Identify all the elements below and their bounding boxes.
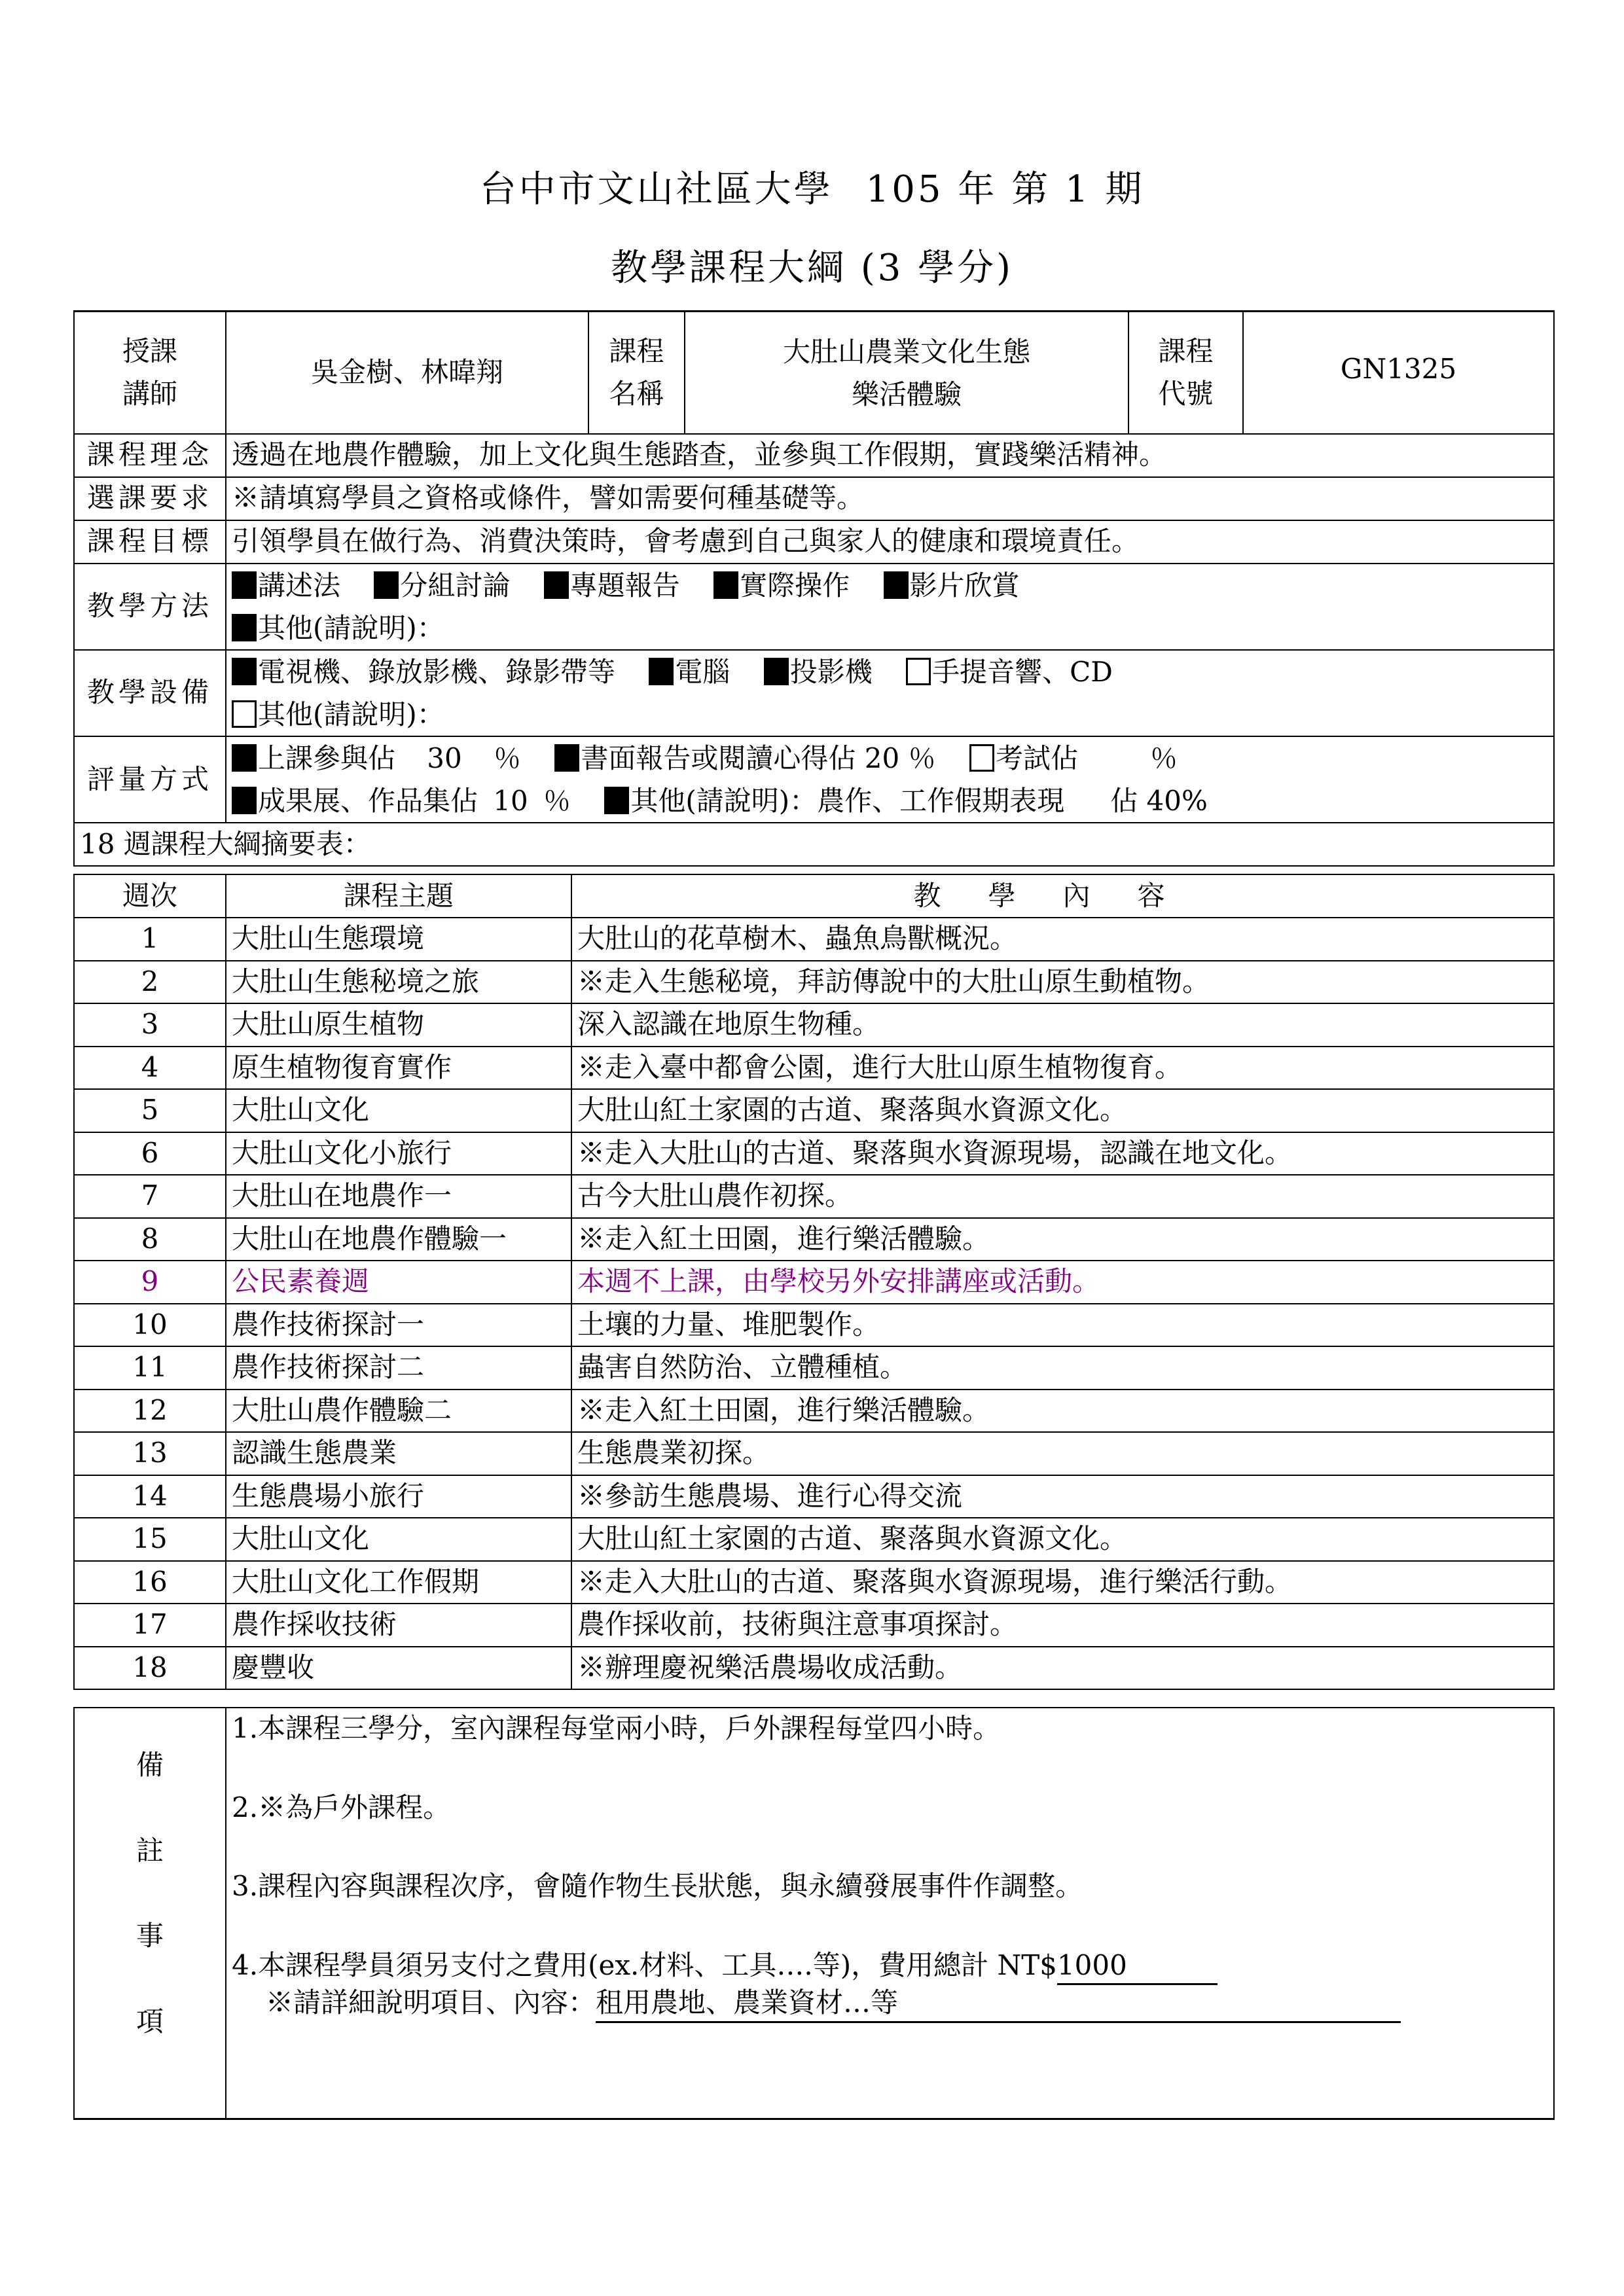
week-number: 12 <box>74 1390 226 1433</box>
week-number: 13 <box>74 1432 226 1475</box>
option-label: 其他(請說明)： <box>258 612 444 644</box>
table-row: 4原生植物復育實作※走入臺中都會公園，進行大肚山原生植物復育。 <box>74 1047 1554 1090</box>
weekly-syllabus-table: 週次 課程主題 教學內容 1大肚山生態環境大肚山的花草樹木、蟲魚鳥獸概況。 2大… <box>73 874 1555 1690</box>
week-topic: 農作技術探討一 <box>226 1304 571 1347</box>
course-name-label: 課程 名稱 <box>588 312 685 434</box>
label-line: 名稱 <box>594 372 679 415</box>
week-content: 生態農業初探。 <box>571 1432 1554 1475</box>
week-content: ※走入生態秘境，拜訪傳說中的大肚山原生動植物。 <box>571 961 1554 1004</box>
week-content: 大肚山的花草樹木、蟲魚鳥獸概況。 <box>571 918 1554 961</box>
label-line: 課程 <box>1134 330 1237 372</box>
course-name-line: 大肚山農業文化生態 <box>691 331 1123 373</box>
assessment-options: 上課參與佔30％ 書面報告或閱讀心得佔 20 ％ 考試佔％ 成果展、作品集佔10… <box>226 736 1554 823</box>
option-label: 成果展、作品集佔 <box>258 785 478 817</box>
week-content: 土壤的力量、堆肥製作。 <box>571 1304 1554 1347</box>
week-topic: 大肚山文化小旅行 <box>226 1132 571 1175</box>
course-header-row: 授課 講師 吳金樹、林暐翔 課程 名稱 大肚山農業文化生態 樂活體驗 課程 代號… <box>74 312 1554 434</box>
fee-detail-prefix: ※請詳細說明項目、內容： <box>266 1986 596 2018</box>
week-content: ※走入紅土田園，進行樂活體驗。 <box>571 1218 1554 1261</box>
course-name-line: 樂活體驗 <box>691 373 1123 416</box>
week-topic: 農作採收技術 <box>226 1604 571 1647</box>
option-label: 其他(請說明)：農作、工作假期表現 <box>630 785 1064 817</box>
instructor-label: 授課 講師 <box>74 312 226 434</box>
equipment-projector[interactable]: 投影機 <box>764 656 873 688</box>
school-name: 台中市文山社區大學 <box>480 168 833 211</box>
notes-label-char: 事 <box>80 1918 220 1954</box>
option-label: 其他(請說明)： <box>258 698 444 730</box>
course-code-label: 課程 代號 <box>1128 312 1243 434</box>
week-topic: 大肚山生態秘境之旅 <box>226 961 571 1004</box>
table-row: 10農作技術探討一土壤的力量、堆肥製作。 <box>74 1304 1554 1347</box>
week-topic: 大肚山生態環境 <box>226 918 571 961</box>
notes-row: 備 註 事 項 1.本課程三學分，室內課程每堂兩小時，戶外課程每堂四小時。 2.… <box>74 1708 1554 2119</box>
option-label: 考試佔 <box>996 742 1078 774</box>
document-subtitle: 教學課程大綱 (3 學分) <box>0 250 1624 287</box>
header-content: 教學內容 <box>571 874 1554 918</box>
table-row-highlighted: 9公民素養週本週不上課，由學校另外安排講座或活動。 <box>74 1261 1554 1304</box>
teaching-methods-label: 教學方法 <box>74 564 226 650</box>
option-label: 專題報告 <box>570 569 680 601</box>
percent-value[interactable]: 20 <box>865 742 899 774</box>
week-topic: 原生植物復育實作 <box>226 1047 571 1090</box>
checkbox-unchecked-icon[interactable] <box>232 700 257 728</box>
checkbox-checked-icon[interactable] <box>764 658 789 685</box>
checkbox-checked-icon[interactable] <box>649 658 674 685</box>
option-label: 手提音響、CD <box>932 656 1113 688</box>
equipment-row: 教學設備 電視機、錄放影機、錄影帶等 電腦 投影機 手提音響、CD 其他(請說明… <box>74 650 1554 736</box>
checkbox-checked-icon[interactable] <box>232 787 257 814</box>
table-row: 6大肚山文化小旅行※走入大肚山的古道、聚落與水資源現場，認識在地文化。 <box>74 1132 1554 1175</box>
fee-prefix: 4.本課程學員須另支付之費用(ex.材料、工具….等)，費用總計 NT$ <box>232 1949 1057 1981</box>
week-number: 14 <box>74 1475 226 1518</box>
assessment-label: 評量方式 <box>74 736 226 823</box>
option-label: 書面報告或閱讀心得佔 <box>581 742 856 774</box>
equipment-stereo-cd[interactable]: 手提音響、CD <box>906 656 1113 688</box>
academic-year: 105 年 <box>866 168 998 211</box>
checkbox-unchecked-icon[interactable] <box>906 658 931 685</box>
assessment-portfolio[interactable]: 成果展、作品集佔10％ <box>232 785 571 817</box>
syllabus-form: 授課 講師 吳金樹、林暐翔 課程 名稱 大肚山農業文化生態 樂活體驗 課程 代號… <box>73 310 1555 867</box>
notes-label-char: 項 <box>80 2004 220 2040</box>
week-content: ※走入大肚山的古道、聚落與水資源現場，認識在地文化。 <box>571 1132 1554 1175</box>
option-label: 投影機 <box>790 656 873 688</box>
table-row: 16大肚山文化工作假期※走入大肚山的古道、聚落與水資源現場，進行樂活行動。 <box>74 1561 1554 1604</box>
week-number: 1 <box>74 918 226 961</box>
week-number: 10 <box>74 1304 226 1347</box>
table-row: 2大肚山生態秘境之旅※走入生態秘境，拜訪傳說中的大肚山原生動植物。 <box>74 961 1554 1004</box>
checkbox-checked-icon[interactable] <box>232 571 257 599</box>
checkbox-checked-icon[interactable] <box>604 787 629 814</box>
instructor-names: 吳金樹、林暐翔 <box>226 312 588 434</box>
fee-detail-value[interactable]: 租用農地、農業資材…等 <box>596 1985 1401 2023</box>
week-topic: 大肚山原生植物 <box>226 1003 571 1047</box>
table-row: 3大肚山原生植物深入認識在地原生物種。 <box>74 1003 1554 1047</box>
objectives-row: 課程目標 引領學員在做行為、消費決策時，會考慮到自己與家人的健康和環境責任。 <box>74 520 1554 564</box>
week-number: 2 <box>74 961 226 1004</box>
label-line: 課程 <box>594 330 679 372</box>
note-item: 3.課程內容與課程次序，會隨作物生長狀態，與永續發展事件作調整。 <box>232 1869 1548 1905</box>
option-label: 講述法 <box>258 569 340 601</box>
assessment-other[interactable]: 其他(請說明)：農作、工作假期表現佔 40% <box>604 785 1207 817</box>
assessment-participation[interactable]: 上課參與佔30％ <box>232 742 521 774</box>
week-topic: 慶豐收 <box>226 1647 571 1690</box>
option-label: 上課參與佔 <box>258 742 395 774</box>
checkbox-checked-icon[interactable] <box>713 571 738 599</box>
percent-unit: ％ <box>1150 742 1178 774</box>
week-content: 蟲害自然防治、立體種植。 <box>571 1346 1554 1390</box>
notes-content: 1.本課程三學分，室內課程每堂兩小時，戶外課程每堂四小時。 2.※為戶外課程。 … <box>226 1708 1554 2119</box>
table-row: 8大肚山在地農作體驗一※走入紅土田園，進行樂活體驗。 <box>74 1218 1554 1261</box>
method-group-discussion[interactable]: 分組討論 <box>374 569 510 601</box>
week-topic: 大肚山農作體驗二 <box>226 1390 571 1433</box>
assessment-row: 評量方式 上課參與佔30％ 書面報告或閱讀心得佔 20 ％ 考試佔％ 成果展、作… <box>74 736 1554 823</box>
week-content: ※走入紅土田園，進行樂活體驗。 <box>571 1390 1554 1433</box>
week-number: 15 <box>74 1518 226 1561</box>
assessment-written-report[interactable]: 書面報告或閱讀心得佔 20 ％ <box>554 742 935 774</box>
philosophy-label: 課程理念 <box>74 434 226 477</box>
note-item: 2.※為戶外課程。 <box>232 1790 1548 1826</box>
week-number: 8 <box>74 1218 226 1261</box>
week-number: 5 <box>74 1089 226 1132</box>
method-video[interactable]: 影片欣賞 <box>884 569 1020 601</box>
fee-amount[interactable]: 1000 <box>1057 1948 1218 1986</box>
table-header-row: 週次 課程主題 教學內容 <box>74 874 1554 918</box>
checkbox-checked-icon[interactable] <box>232 658 257 685</box>
option-label: 電視機、錄放影機、錄影帶等 <box>258 656 615 688</box>
table-row: 15大肚山文化大肚山紅土家園的古道、聚落與水資源文化。 <box>74 1518 1554 1561</box>
method-lecture[interactable]: 講述法 <box>232 569 340 601</box>
table-row: 13認識生態農業生態農業初探。 <box>74 1432 1554 1475</box>
week-content: 大肚山紅土家園的古道、聚落與水資源文化。 <box>571 1518 1554 1561</box>
requirements-value: ※請填寫學員之資格或條件，譬如需要何種基礎等。 <box>226 477 1554 520</box>
teaching-methods-row: 教學方法 講述法 分組討論 專題報告 實際操作 影片欣賞 其他(請說明)： <box>74 564 1554 650</box>
week-number: 7 <box>74 1175 226 1218</box>
equipment-computer[interactable]: 電腦 <box>649 656 730 688</box>
percent-unit: ％ <box>909 742 936 774</box>
teaching-methods-options: 講述法 分組討論 專題報告 實際操作 影片欣賞 其他(請說明)： <box>226 564 1554 650</box>
week-number: 17 <box>74 1604 226 1647</box>
table-row: 17農作採收技術農作採收前，技術與注意事項探討。 <box>74 1604 1554 1647</box>
week-topic: 大肚山文化 <box>226 1089 571 1132</box>
checkbox-unchecked-icon[interactable] <box>969 744 994 772</box>
course-code: GN1325 <box>1243 312 1554 434</box>
notes-table: 備 註 事 項 1.本課程三學分，室內課程每堂兩小時，戶外課程每堂四小時。 2.… <box>73 1707 1555 2120</box>
percent-unit: ％ <box>543 785 571 817</box>
week-number: 16 <box>74 1561 226 1604</box>
week-content: ※辦理慶祝樂活農場收成活動。 <box>571 1647 1554 1690</box>
week-content: 農作採收前，技術與注意事項探討。 <box>571 1604 1554 1647</box>
objectives-label: 課程目標 <box>74 520 226 564</box>
document-title: 台中市文山社區大學105 年 第 1 期 <box>0 171 1624 208</box>
notes-label-char: 備 <box>80 1748 220 1784</box>
table-row: 11農作技術探討二蟲害自然防治、立體種植。 <box>74 1346 1554 1390</box>
table-row: 5大肚山文化大肚山紅土家園的古道、聚落與水資源文化。 <box>74 1089 1554 1132</box>
week-content: ※走入大肚山的古道、聚落與水資源現場，進行樂活行動。 <box>571 1561 1554 1604</box>
week-content: 深入認識在地原生物種。 <box>571 1003 1554 1047</box>
objectives-value: 引領學員在做行為、消費決策時，會考慮到自己與家人的健康和環境責任。 <box>226 520 1554 564</box>
notes-label: 備 註 事 項 <box>74 1708 226 2119</box>
term: 第 1 期 <box>1011 168 1144 211</box>
checkbox-checked-icon[interactable] <box>232 744 257 772</box>
method-hands-on[interactable]: 實際操作 <box>713 569 850 601</box>
philosophy-value: 透過在地農作體驗，加上文化與生態踏查，並參與工作假期，實踐樂活精神。 <box>226 434 1554 477</box>
note-fee-detail: ※請詳細說明項目、內容：租用農地、農業資材…等 <box>232 1985 1548 2023</box>
equipment-label: 教學設備 <box>74 650 226 736</box>
philosophy-row: 課程理念 透過在地農作體驗，加上文化與生態踏查，並參與工作假期，實踐樂活精神。 <box>74 434 1554 477</box>
option-label: 實際操作 <box>740 569 850 601</box>
syllabus-caption-row: 18 週課程大綱摘要表： <box>74 823 1554 866</box>
week-topic: 生態農場小旅行 <box>226 1475 571 1518</box>
note-item: 1.本課程三學分，室內課程每堂兩小時，戶外課程每堂四小時。 <box>232 1711 1548 1747</box>
checkbox-checked-icon[interactable] <box>884 571 909 599</box>
week-number: 11 <box>74 1346 226 1390</box>
week-topic: 大肚山文化工作假期 <box>226 1561 571 1604</box>
header-topic: 課程主題 <box>226 874 571 918</box>
percent-unit: ％ <box>494 742 521 774</box>
week-number: 9 <box>74 1261 226 1304</box>
option-label: 分組討論 <box>400 569 510 601</box>
percent-value[interactable]: 10 <box>478 780 543 822</box>
label-line: 代號 <box>1134 372 1237 415</box>
method-project-report[interactable]: 專題報告 <box>544 569 680 601</box>
header-week: 週次 <box>74 874 226 918</box>
label-line: 講師 <box>80 372 220 415</box>
week-number: 4 <box>74 1047 226 1090</box>
requirements-row: 選課要求 ※請填寫學員之資格或條件，譬如需要何種基礎等。 <box>74 477 1554 520</box>
assessment-exam[interactable]: 考試佔％ <box>969 742 1178 774</box>
table-row: 1大肚山生態環境大肚山的花草樹木、蟲魚鳥獸概況。 <box>74 918 1554 961</box>
option-label: 影片欣賞 <box>910 569 1020 601</box>
week-content: ※參訪生態農場、進行心得交流 <box>571 1475 1554 1518</box>
table-row: 14生態農場小旅行※參訪生態農場、進行心得交流 <box>74 1475 1554 1518</box>
week-content: ※走入臺中都會公園，進行大肚山原生植物復育。 <box>571 1047 1554 1090</box>
week-number: 18 <box>74 1647 226 1690</box>
notes-label-char: 註 <box>80 1833 220 1869</box>
checkbox-checked-icon[interactable] <box>554 744 579 772</box>
equipment-other[interactable]: 其他(請說明)： <box>232 693 1548 736</box>
note-fee: 4.本課程學員須另支付之費用(ex.材料、工具….等)，費用總計 NT$1000 <box>232 1948 1548 1986</box>
table-row: 18慶豐收※辦理慶祝樂活農場收成活動。 <box>74 1647 1554 1690</box>
table-row: 12大肚山農作體驗二※走入紅土田園，進行樂活體驗。 <box>74 1390 1554 1433</box>
checkbox-checked-icon[interactable] <box>544 571 569 599</box>
percent-value[interactable]: 30 <box>395 737 494 780</box>
checkbox-checked-icon[interactable] <box>374 571 399 599</box>
week-topic: 農作技術探討二 <box>226 1346 571 1390</box>
equipment-tv-vcr[interactable]: 電視機、錄放影機、錄影帶等 <box>232 656 615 688</box>
requirements-label: 選課要求 <box>74 477 226 520</box>
label-line: 授課 <box>80 330 220 372</box>
table-row: 7大肚山在地農作一古今大肚山農作初探。 <box>74 1175 1554 1218</box>
week-content: 本週不上課，由學校另外安排講座或活動。 <box>571 1261 1554 1304</box>
equipment-options: 電視機、錄放影機、錄影帶等 電腦 投影機 手提音響、CD 其他(請說明)： <box>226 650 1554 736</box>
week-topic: 大肚山在地農作體驗一 <box>226 1218 571 1261</box>
week-topic: 公民素養週 <box>226 1261 571 1304</box>
week-topic: 認識生態農業 <box>226 1432 571 1475</box>
week-number: 6 <box>74 1132 226 1175</box>
checkbox-checked-icon[interactable] <box>232 614 257 641</box>
week-topic: 大肚山文化 <box>226 1518 571 1561</box>
week-topic: 大肚山在地農作一 <box>226 1175 571 1218</box>
week-number: 3 <box>74 1003 226 1047</box>
option-label: 電腦 <box>675 656 730 688</box>
percent-value[interactable]: 佔 40% <box>1110 785 1208 817</box>
syllabus-caption: 18 週課程大綱摘要表： <box>74 823 1554 866</box>
week-content: 大肚山紅土家園的古道、聚落與水資源文化。 <box>571 1089 1554 1132</box>
method-other[interactable]: 其他(請說明)： <box>232 607 1548 649</box>
week-content: 古今大肚山農作初探。 <box>571 1175 1554 1218</box>
course-name: 大肚山農業文化生態 樂活體驗 <box>685 312 1128 434</box>
